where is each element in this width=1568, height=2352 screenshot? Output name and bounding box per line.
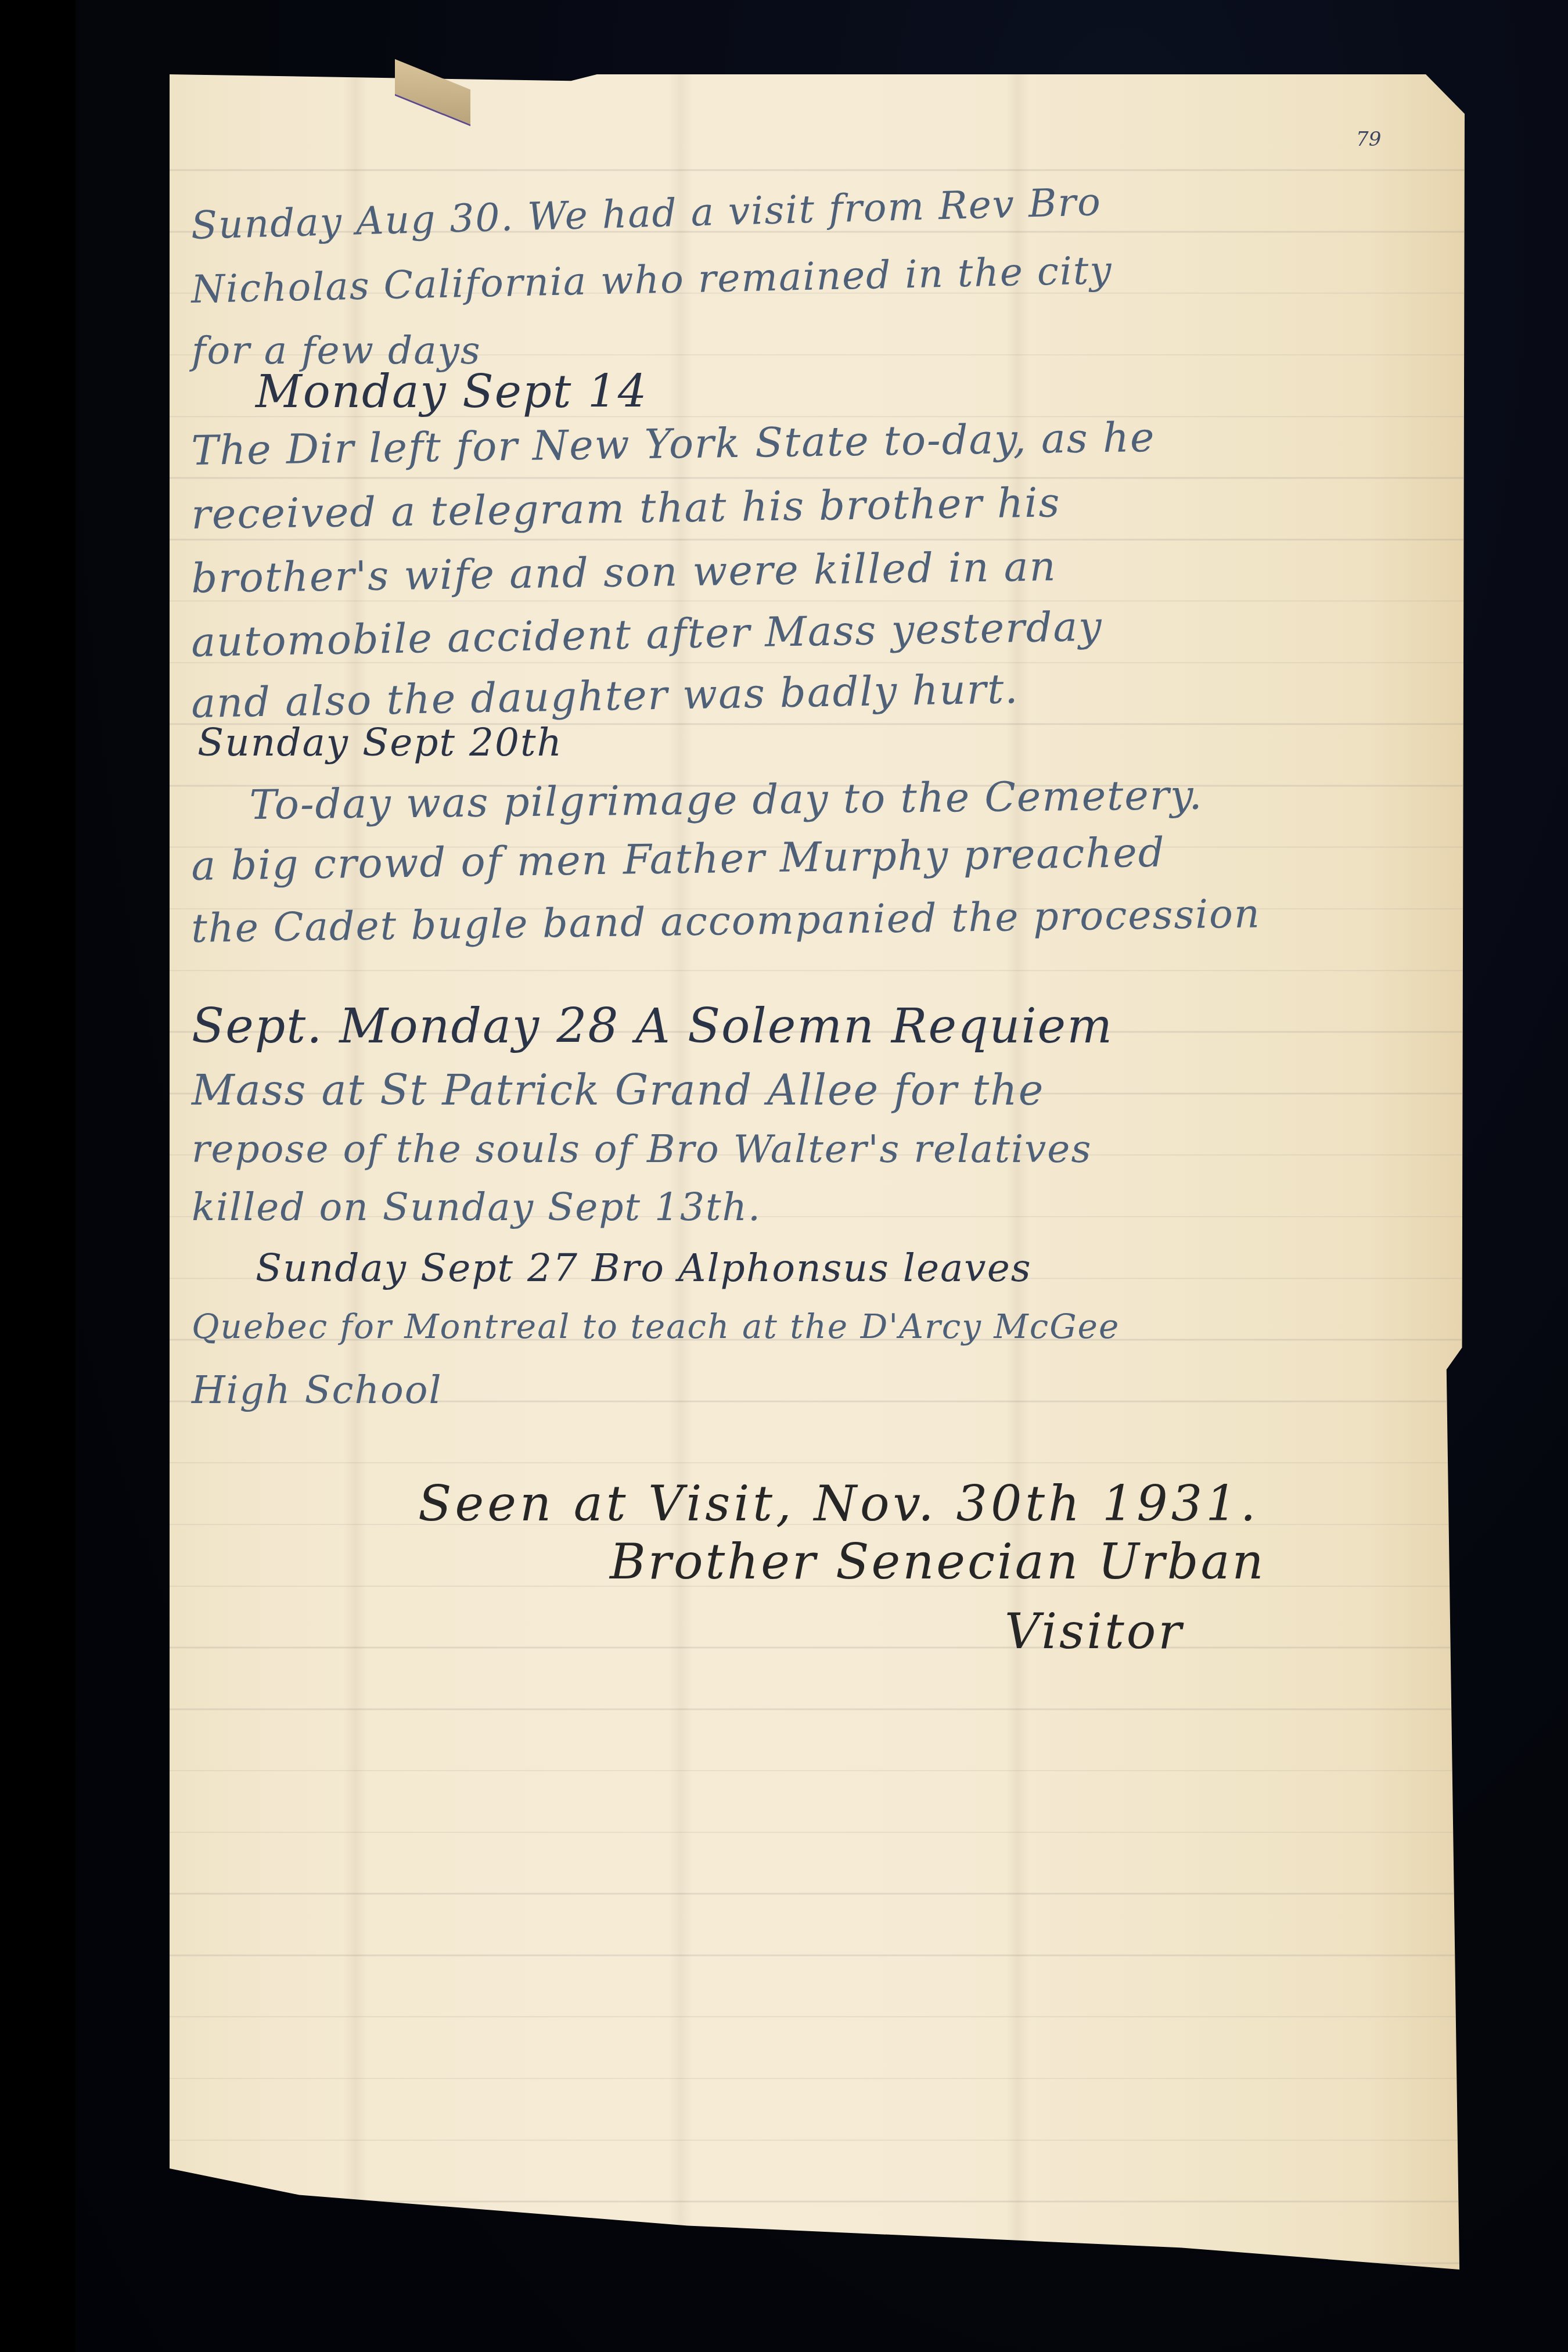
entry-line: Mass at St Patrick Grand Allee for the: [192, 1066, 1044, 1114]
entry-line: killed on Sunday Sept 13th.: [192, 1185, 761, 1229]
signature-title: Visitor: [1005, 1603, 1184, 1660]
entry-line: repose of the souls of Bro Walter's rela…: [192, 1127, 1092, 1171]
entry-line: To-day was pilgrimage day to the Cemeter…: [249, 771, 1203, 829]
entry-line: Sept. Monday 28 A Solemn Requiem: [192, 999, 1113, 1054]
entry-heading: Sunday Sept 20th: [197, 720, 563, 765]
paper-fold: [1006, 74, 1029, 2270]
entry-line: High School: [192, 1368, 443, 1412]
scanner-background-left: [0, 0, 75, 2352]
paper-fold: [669, 74, 692, 2270]
entry-heading: Monday Sept 14: [256, 366, 648, 418]
signature-name: Brother Senecian Urban: [610, 1533, 1266, 1590]
page-number: 79: [1356, 128, 1381, 151]
entry-line: Sunday Sept 27 Bro Alphonsus leaves: [256, 1246, 1032, 1290]
visit-note: Seen at Visit, Nov. 30th 1931.: [418, 1475, 1259, 1532]
entry-line: Quebec for Montreal to teach at the D'Ar…: [192, 1307, 1120, 1346]
